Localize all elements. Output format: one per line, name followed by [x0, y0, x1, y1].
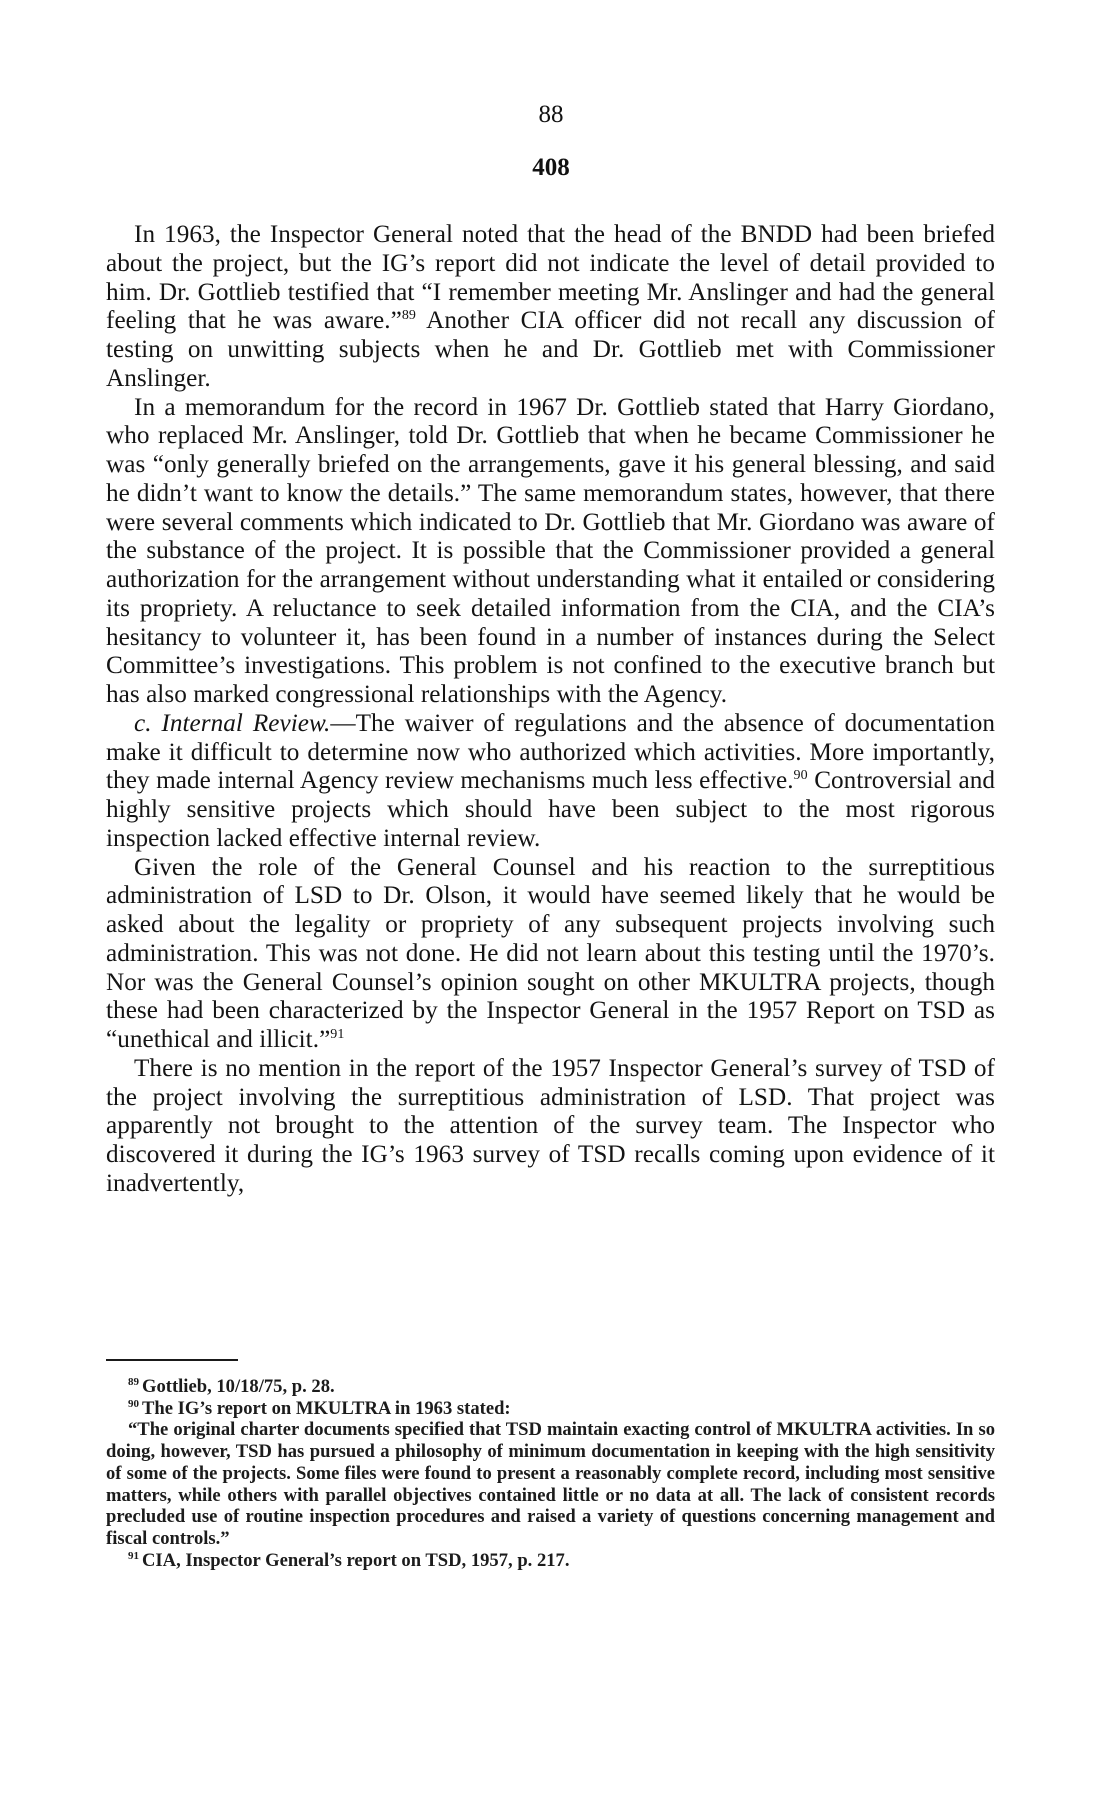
paragraph-general-counsel: Given the role of the General Counsel an… — [106, 854, 995, 1055]
page-number-upper: 88 — [0, 101, 1102, 129]
paragraph-text: Given the role of the General Counsel an… — [106, 854, 995, 1054]
footnote-number: 89 — [128, 1376, 139, 1388]
footnote-89: 89Gottlieb, 10/18/75, p. 28. — [106, 1376, 995, 1398]
footnote-90: 90The IG’s report on MKULTRA in 1963 sta… — [106, 1398, 995, 1420]
paragraph-giordano-memorandum: In a memorandum for the record in 1967 D… — [106, 394, 995, 710]
footnote-91: 91CIA, Inspector General’s report on TSD… — [106, 1550, 995, 1572]
footnote-number: 91 — [128, 1550, 139, 1562]
footnote-text: CIA, Inspector General’s report on TSD, … — [142, 1550, 570, 1571]
page-number-lower: 408 — [0, 154, 1102, 182]
footnote-separator — [106, 1359, 238, 1361]
footnote-90-quotation: “The original charter documents specifie… — [106, 1419, 995, 1549]
section-heading-internal-review: c. Internal Review. — [134, 710, 330, 737]
paragraph-1957-survey: There is no mention in the report of the… — [106, 1055, 995, 1199]
footnote-ref-90[interactable]: 90 — [794, 768, 808, 783]
footnote-text: Gottlieb, 10/18/75, p. 28. — [142, 1376, 335, 1397]
footnotes: 89Gottlieb, 10/18/75, p. 28. 90The IG’s … — [106, 1376, 995, 1571]
footnote-ref-89[interactable]: 89 — [402, 308, 416, 323]
footnote-text: “The original charter documents specifie… — [106, 1419, 995, 1549]
body-text: In 1963, the Inspector General noted tha… — [106, 221, 995, 1199]
footnote-text: The IG’s report on MKULTRA in 1963 state… — [142, 1398, 511, 1419]
paragraph-bndd-briefing: In 1963, the Inspector General noted tha… — [106, 221, 995, 394]
paragraph-internal-review: c. Internal Review.—The waiver of regula… — [106, 710, 995, 854]
footnote-number: 90 — [128, 1398, 139, 1410]
footnote-ref-91[interactable]: 91 — [330, 1027, 344, 1042]
